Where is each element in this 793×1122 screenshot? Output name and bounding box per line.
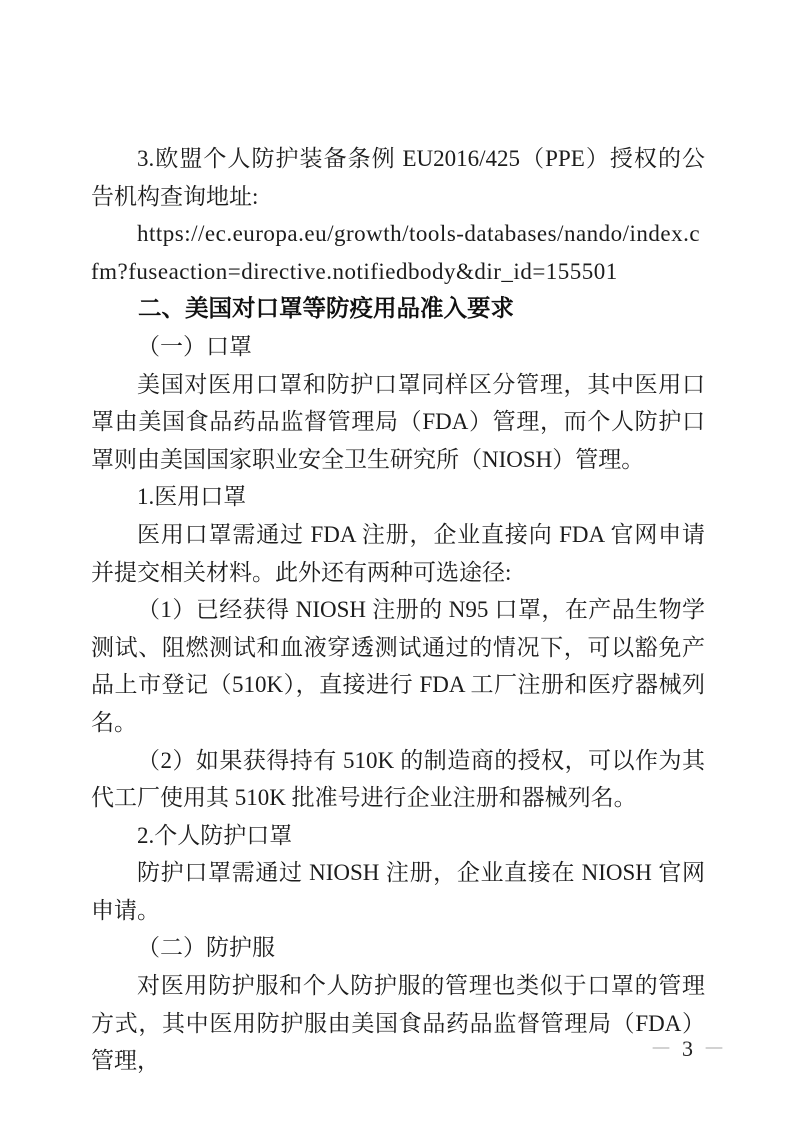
document-page: 3.欧盟个人防护装备条例 EU2016/425（PPE）授权的公告机构查询地址:…	[0, 0, 793, 1122]
page-number: －3－	[646, 1036, 729, 1062]
para-protective-clothing-management: 对医用防护服和个人防护服的管理也类似于口罩的管理方式，其中医用防护服由美国食品药…	[91, 967, 705, 1080]
heading-medical-masks: 1.医用口罩	[91, 478, 705, 516]
para-option-2: （2）如果获得持有 510K 的制造商的授权，可以作为其代工厂使用其 510K …	[91, 742, 705, 817]
page-number-value: 3	[676, 1036, 699, 1061]
para-nando-url: https://ec.europa.eu/growth/tools-databa…	[91, 215, 705, 290]
heading-section-2: 二、美国对口罩等防疫用品准入要求	[91, 290, 705, 328]
document-body: 3.欧盟个人防护装备条例 EU2016/425（PPE）授权的公告机构查询地址:…	[91, 140, 705, 1080]
para-option-1: （1）已经获得 NIOSH 注册的 N95 口罩，在产品生物学测试、阻燃测试和血…	[91, 591, 705, 741]
heading-masks: （一）口罩	[91, 328, 705, 366]
para-eu-notified-body: 3.欧盟个人防护装备条例 EU2016/425（PPE）授权的公告机构查询地址:	[91, 140, 705, 215]
heading-personal-protective-masks: 2.个人防护口罩	[91, 817, 705, 855]
page-number-dash-right: －	[699, 1036, 729, 1061]
page-number-dash-left: －	[646, 1036, 676, 1061]
para-niosh-registration: 防护口罩需通过 NIOSH 注册，企业直接在 NIOSH 官网申请。	[91, 854, 705, 929]
heading-protective-clothing: （二）防护服	[91, 929, 705, 967]
para-mask-management: 美国对医用口罩和防护口罩同样区分管理，其中医用口罩由美国食品药品监督管理局（FD…	[91, 366, 705, 479]
para-fda-registration: 医用口罩需通过 FDA 注册，企业直接向 FDA 官网申请并提交相关材料。此外还…	[91, 516, 705, 591]
